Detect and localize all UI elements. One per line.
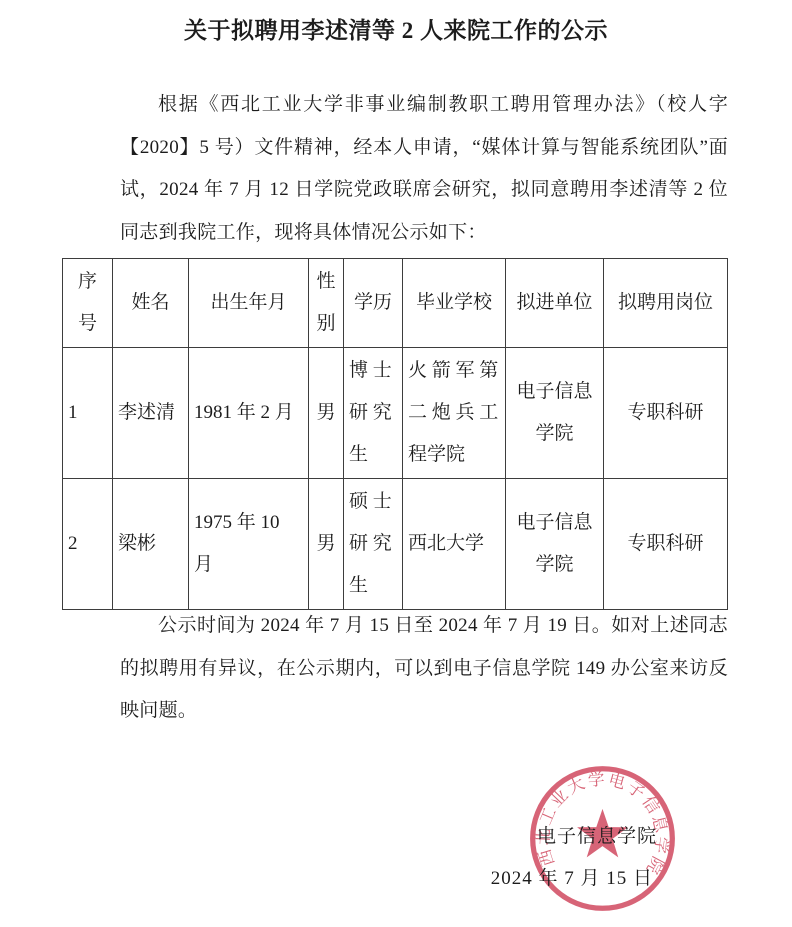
notice-paragraph: 公示时间为 2024 年 7 月 15 日至 2024 年 7 月 19 日。如… <box>120 605 728 733</box>
table-header-row: 序 号 姓名 出生年月 性 别 学历 毕业学校 拟进单位 拟聘用岗位 <box>63 259 728 348</box>
cell-degree: 硕 士 研 究 生 <box>344 479 403 610</box>
header-serial-no: 序 号 <box>63 259 113 348</box>
document-page: 关于拟聘用李述清等 2 人来院工作的公示 根据《西北工业大学非事业编制教职工聘用… <box>0 0 792 927</box>
cell-name: 李述清 <box>113 348 189 479</box>
page-title: 关于拟聘用李述清等 2 人来院工作的公示 <box>0 12 792 45</box>
cell-birth: 1981 年 2 月 <box>189 348 309 479</box>
cell-school: 火 箭 军 第 二 炮 兵 工 程学院 <box>403 348 506 479</box>
header-gender: 性 别 <box>309 259 344 348</box>
header-birth: 出生年月 <box>189 259 309 348</box>
cell-position: 专职科研 <box>604 348 728 479</box>
cell-serial-no: 2 <box>63 479 113 610</box>
cell-birth: 1975 年 10 月 <box>189 479 309 610</box>
cell-position: 专职科研 <box>604 479 728 610</box>
header-degree: 学历 <box>344 259 403 348</box>
cell-gender: 男 <box>309 479 344 610</box>
header-name: 姓名 <box>113 259 189 348</box>
cell-name: 梁彬 <box>113 479 189 610</box>
cell-serial-no: 1 <box>63 348 113 479</box>
signature-date: 2024 年 7 月 15 日 <box>491 863 653 890</box>
header-unit: 拟进单位 <box>506 259 604 348</box>
personnel-table: 序 号 姓名 出生年月 性 别 学历 毕业学校 拟进单位 拟聘用岗位 1 李述清… <box>62 258 728 610</box>
header-school: 毕业学校 <box>403 259 506 348</box>
cell-unit: 电子信息 学院 <box>506 479 604 610</box>
table-row: 1 李述清 1981 年 2 月 男 博 士 研 究 生 火 箭 军 第 二 炮… <box>63 348 728 479</box>
cell-school: 西北大学 <box>403 479 506 610</box>
cell-degree: 博 士 研 究 生 <box>344 348 403 479</box>
cell-unit: 电子信息 学院 <box>506 348 604 479</box>
cell-gender: 男 <box>309 348 344 479</box>
header-position: 拟聘用岗位 <box>604 259 728 348</box>
signature-organization: 电子信息学院 <box>537 821 657 848</box>
intro-paragraph: 根据《西北工业大学非事业编制教职工聘用管理办法》（校人字【2020】5 号）文件… <box>120 84 728 254</box>
table-row: 2 梁彬 1975 年 10 月 男 硕 士 研 究 生 西北大学 电子信息 学… <box>63 479 728 610</box>
